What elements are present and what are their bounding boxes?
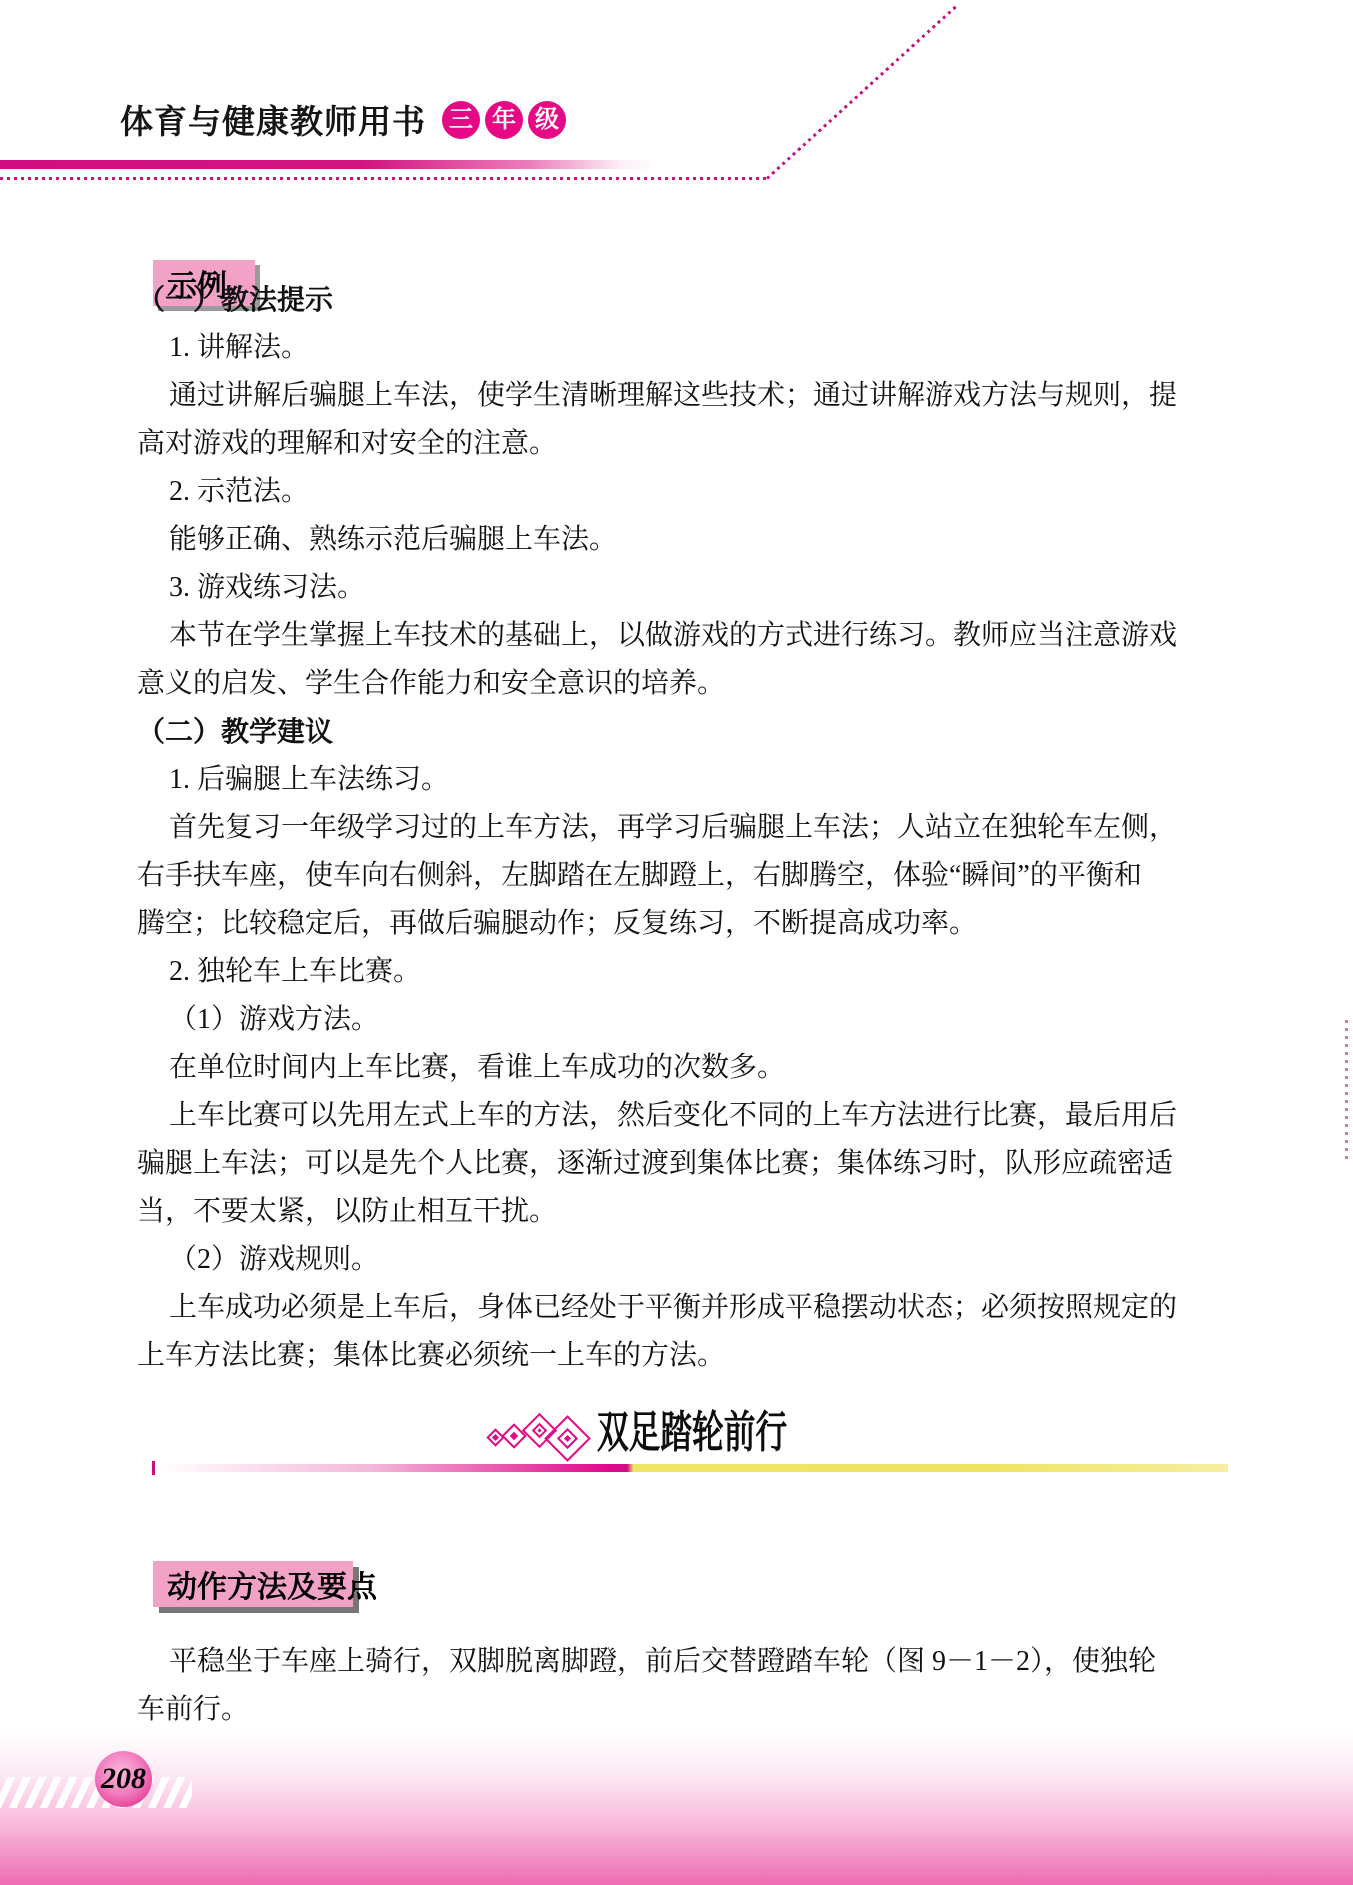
text-line: 1. 后骗腿上车法练习。 <box>137 756 1228 804</box>
diamond-icon <box>544 1415 591 1462</box>
grade-badge-circle: 年 <box>485 101 523 139</box>
text-line: 本节在学生掌握上车技术的基础上，以做游戏的方式进行练习。教师应当注意游戏 <box>137 612 1228 660</box>
header-dotted-line <box>0 177 767 180</box>
text-line: 骗腿上车法；可以是先个人比赛，逐渐过渡到集体比赛；集体练习时，队形应疏密适 <box>137 1140 1228 1188</box>
method-text: 平稳坐于车座上骑行，双脚脱离脚蹬，前后交替蹬踏车轮（图 9－1－2），使独轮车前… <box>137 1638 1228 1734</box>
text-line: 上车成功必须是上车后，身体已经处于平衡并形成平稳摆动状态；必须按照规定的 <box>137 1284 1228 1332</box>
footer-gradient <box>0 1730 1353 1885</box>
diamond-icon <box>501 1423 526 1448</box>
text-line: （二）教学建议 <box>137 708 1228 756</box>
text-line: 2. 独轮车上车比赛。 <box>137 948 1228 996</box>
page-edge-dotted-line <box>1345 1020 1348 1160</box>
text-line: （1）游戏方法。 <box>137 996 1228 1044</box>
method-label: 动作方法及要点 <box>153 1561 353 1607</box>
text-line: 2. 示范法。 <box>137 468 1228 516</box>
text-line: 首先复习一年级学习过的上车方法，再学习后骗腿上车法；人站立在独轮车左侧， <box>137 804 1228 852</box>
section-divider-bar <box>155 1464 1228 1472</box>
header-gradient-bar <box>0 160 660 169</box>
example-text: （一）教法提示1. 讲解法。通过讲解后骗腿上车法，使学生清晰理解这些技术；通过讲… <box>137 276 1228 1380</box>
text-line: 能够正确、熟练示范后骗腿上车法。 <box>137 516 1228 564</box>
header: 体育与健康教师用书 三年级 <box>120 96 571 143</box>
grade-badge-circle: 级 <box>528 101 566 139</box>
text-line: 右手扶车座，使车向右侧斜，左脚踏在左脚蹬上，右脚腾空，体验“瞬间”的平衡和 <box>137 852 1228 900</box>
text-line: （2）游戏规则。 <box>137 1236 1228 1284</box>
grade-badge-group: 三年级 <box>442 101 571 139</box>
text-line: 腾空；比较稳定后，再做后骗腿动作；反复练习，不断提高成功率。 <box>137 900 1228 948</box>
diagonal-dotted-line <box>766 4 959 180</box>
book-title: 体育与健康教师用书 <box>120 96 426 143</box>
text-line: 上车方法比赛；集体比赛必须统一上车的方法。 <box>137 1332 1228 1380</box>
text-line: 车前行。 <box>137 1686 1228 1734</box>
text-line: 高对游戏的理解和对安全的注意。 <box>137 420 1228 468</box>
text-line: 在单位时间内上车比赛，看谁上车成功的次数多。 <box>137 1044 1228 1092</box>
section-title: 双足踏轮前行 <box>597 1409 787 1457</box>
text-line: （一）教法提示 <box>137 276 1228 324</box>
text-line: 通过讲解后骗腿上车法，使学生清晰理解这些技术；通过讲解游戏方法与规则，提 <box>137 372 1228 420</box>
page-number: 208 <box>101 1762 146 1796</box>
page-number-badge: 208 <box>95 1751 152 1807</box>
text-line: 上车比赛可以先用左式上车的方法，然后变化不同的上车方法进行比赛，最后用后 <box>137 1092 1228 1140</box>
text-line: 1. 讲解法。 <box>137 324 1228 372</box>
text-line: 当，不要太紧，以防止相互干扰。 <box>137 1188 1228 1236</box>
grade-badge-circle: 三 <box>442 101 480 139</box>
text-line: 3. 游戏练习法。 <box>137 564 1228 612</box>
text-line: 意义的启发、学生合作能力和安全意识的培养。 <box>137 660 1228 708</box>
page: { "header": { "book_title": "体育与健康教师用书",… <box>0 0 1353 1885</box>
text-line: 平稳坐于车座上骑行，双脚脱离脚蹬，前后交替蹬踏车轮（图 9－1－2），使独轮 <box>137 1638 1228 1686</box>
